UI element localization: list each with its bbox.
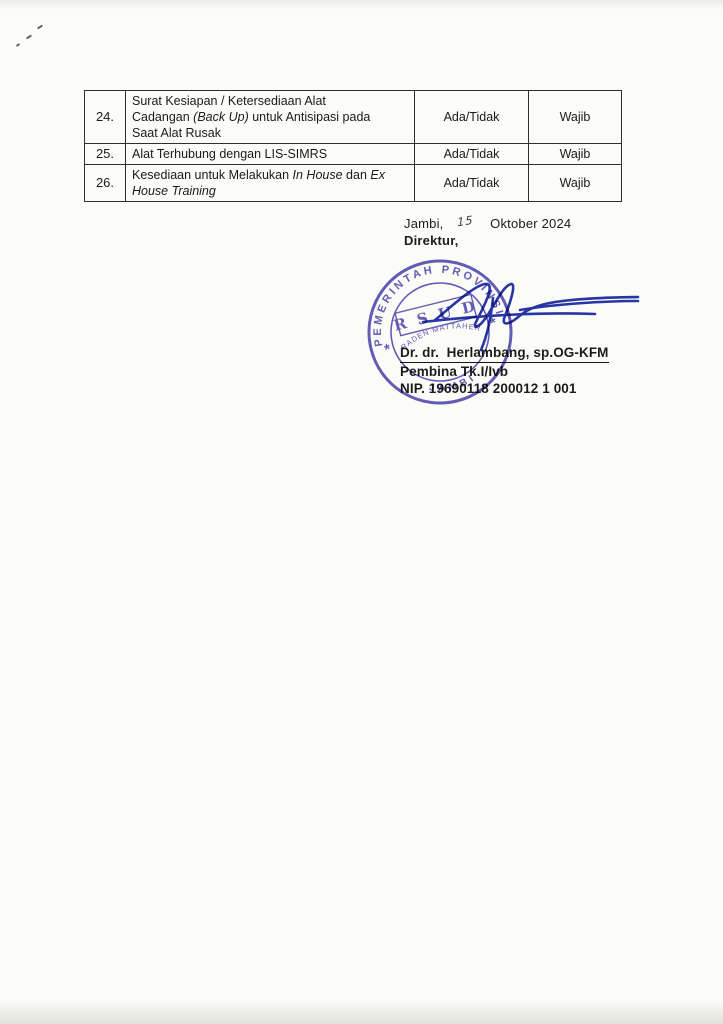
row-requirement-cell: Wajib [529, 91, 622, 144]
description-text-segment: House Training [132, 184, 216, 198]
description-text-segment: untuk Antisipasi pada [249, 110, 371, 124]
table-row: 26.Kesediaan untuk Melakukan In House da… [85, 165, 622, 202]
row-requirement-cell: Wajib [529, 165, 622, 202]
signature-stroke-main [435, 284, 638, 327]
description-text-segment: In House [293, 168, 343, 182]
date-city: Jambi, [404, 216, 444, 231]
pen-mark [16, 43, 20, 47]
pen-mark [37, 25, 43, 30]
signature-scrawl [405, 268, 650, 363]
scan-shading-bottom [0, 1000, 723, 1024]
description-text-segment: Surat Kesiapan / Ketersediaan Alat [132, 94, 326, 108]
description-text-segment: Kesediaan untuk Melakukan [132, 168, 293, 182]
checklist-table: 24.Surat Kesiapan / Ketersediaan AlatCad… [84, 90, 622, 202]
description-text-segment: dan [343, 168, 371, 182]
row-number-cell: 26. [85, 165, 126, 202]
signature-stroke-under [423, 313, 595, 322]
handwritten-day: 15 [456, 213, 473, 230]
row-status-cell: Ada/Tidak [415, 91, 529, 144]
row-description-cell: Surat Kesiapan / Ketersediaan AlatCadang… [126, 91, 415, 144]
stamp-star-left: * [383, 341, 393, 359]
description-text-segment: Saat Alat Rusak [132, 126, 221, 140]
row-status-cell: Ada/Tidak [415, 165, 529, 202]
row-description-cell: Alat Terhubung dengan LIS-SIMRS [126, 144, 415, 165]
row-requirement-cell: Wajib [529, 144, 622, 165]
date-line: Jambi, 15 Oktober 2024 [404, 216, 571, 231]
table-row: 25.Alat Terhubung dengan LIS-SIMRSAda/Ti… [85, 144, 622, 165]
row-description-cell: Kesediaan untuk Melakukan In House dan E… [126, 165, 415, 202]
description-text-segment: Alat Terhubung dengan LIS-SIMRS [132, 147, 327, 161]
row-status-cell: Ada/Tidak [415, 144, 529, 165]
description-text-segment: Cadangan [132, 110, 193, 124]
description-text-segment: Ex [370, 168, 385, 182]
pen-mark [26, 35, 32, 40]
scanned-document-page: { "table": { "rows": [ { "num": "24.", "… [0, 0, 723, 1024]
description-text-segment: (Back Up) [193, 110, 249, 124]
table-row: 24.Surat Kesiapan / Ketersediaan AlatCad… [85, 91, 622, 144]
row-number-cell: 24. [85, 91, 126, 144]
row-number-cell: 25. [85, 144, 126, 165]
checklist-table-body: 24.Surat Kesiapan / Ketersediaan AlatCad… [85, 91, 622, 202]
scan-shading-top [0, 0, 723, 10]
date-month-year: Oktober 2024 [490, 216, 571, 231]
